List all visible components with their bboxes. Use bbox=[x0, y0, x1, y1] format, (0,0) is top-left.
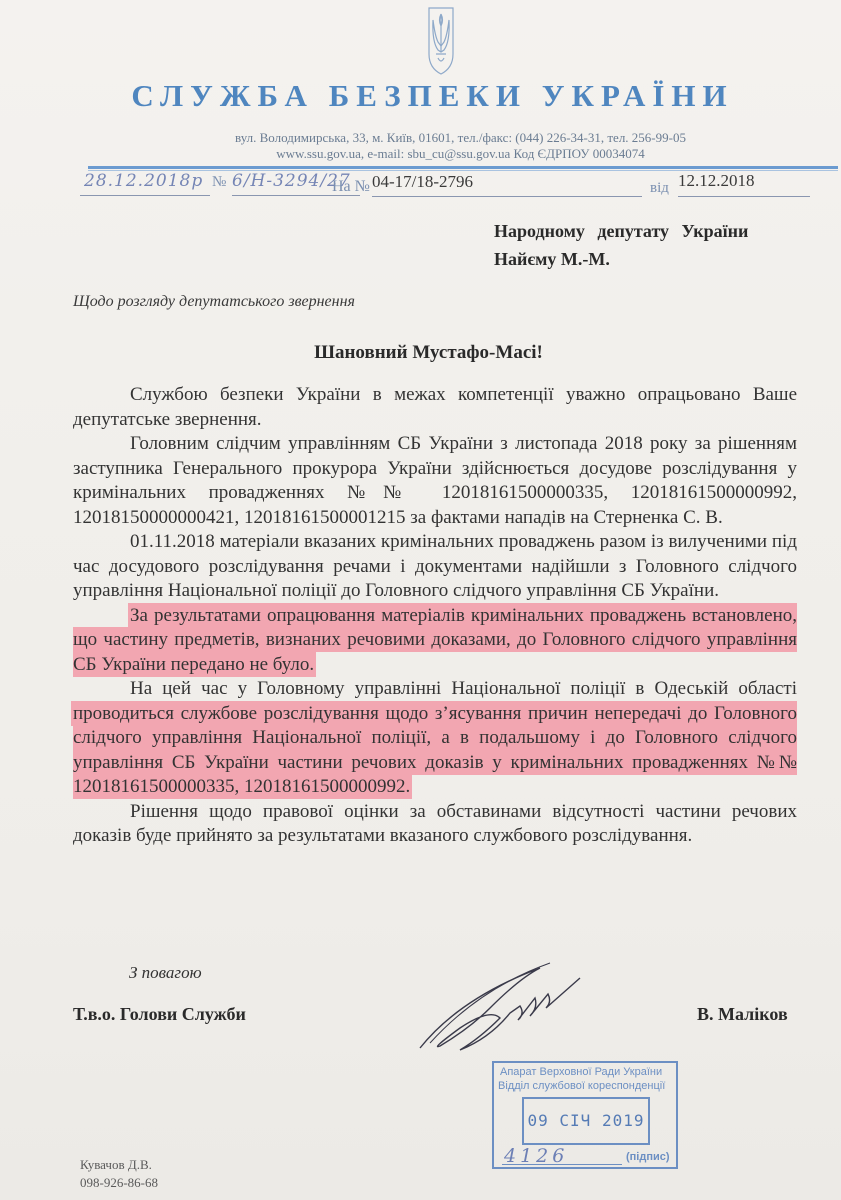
outgoing-date-underline bbox=[80, 195, 210, 196]
letterhead-divider bbox=[88, 166, 838, 169]
organization-title: СЛУЖБА БЕЗПЕКИ УКРАЇНИ bbox=[12, 78, 841, 114]
handwritten-signature-icon bbox=[400, 958, 600, 1058]
executor-name: Кувачов Д.В. bbox=[80, 1157, 152, 1173]
outgoing-date: 28.12.2018р bbox=[84, 171, 203, 191]
highlighted-text: За результатами опрацювання матеріалів к… bbox=[73, 605, 797, 675]
executor-phone: 098-926-86-68 bbox=[80, 1175, 158, 1191]
incoming-number-underline bbox=[372, 196, 642, 197]
subject-line: Щодо розгляду депутатського звернення bbox=[73, 293, 355, 311]
paragraph-2: Головним слідчим управлінням СБ України … bbox=[73, 432, 797, 530]
letter-body: Службою безпеки України в межах компетен… bbox=[73, 383, 797, 849]
stamp-organization: Апарат Верховної Ради України bbox=[500, 1066, 662, 1078]
signer-title: Т.в.о. Голови Служби bbox=[73, 1004, 246, 1025]
paragraph-4: За результатами опрацювання матеріалів к… bbox=[73, 604, 797, 678]
trident-coat-of-arms-icon bbox=[428, 6, 454, 76]
addressee: Народному депутату України Найєму М.-М. bbox=[494, 217, 748, 273]
organization-contacts: www.ssu.gov.ua, e-mail: sbu_cu@ssu.gov.u… bbox=[40, 146, 841, 162]
number-label: № bbox=[212, 174, 226, 191]
stamp-date: 09 СІЧ 2019 bbox=[524, 1111, 648, 1130]
paragraph-5: На цей час у Головному управлінні Націон… bbox=[73, 677, 797, 800]
stamp-department: Відділ службової кореспонденції bbox=[498, 1080, 665, 1092]
paragraph-1: Службою безпеки України в межах компетен… bbox=[73, 383, 797, 432]
stamp-underline bbox=[502, 1164, 622, 1165]
highlighted-text: проводиться службове розслідування щодо … bbox=[73, 703, 797, 798]
paragraph-5-lead: На цей час у Головному управлінні Націон… bbox=[130, 678, 797, 699]
paragraph-3: 01.11.2018 матеріали вказаних кримінальн… bbox=[73, 530, 797, 604]
incoming-date-label: від bbox=[650, 180, 669, 197]
stamp-date-box: 09 СІЧ 2019 bbox=[522, 1097, 650, 1145]
addressee-title: Народному депутату України bbox=[494, 217, 748, 245]
incoming-date: 12.12.2018 bbox=[678, 171, 755, 191]
closing: З повагою bbox=[129, 963, 202, 983]
incoming-number-label: На № bbox=[332, 178, 370, 196]
organization-address: вул. Володимирська, 33, м. Київ, 01601, … bbox=[40, 130, 841, 146]
registration-stamp: Апарат Верховної Ради України Відділ слу… bbox=[492, 1061, 678, 1169]
letter-page: СЛУЖБА БЕЗПЕКИ УКРАЇНИ вул. Володимирськ… bbox=[0, 0, 841, 1200]
signer-name: В. Маліков bbox=[697, 1004, 788, 1025]
paragraph-6: Рішення щодо правової оцінки за обставин… bbox=[73, 800, 797, 849]
addressee-name: Найєму М.-М. bbox=[494, 245, 748, 273]
incoming-date-underline bbox=[678, 196, 810, 197]
salutation: Шановний Мустафо-Масі! bbox=[8, 342, 841, 364]
incoming-number: 04-17/18-2796 bbox=[372, 172, 473, 192]
stamp-signature-label: (підпис) bbox=[626, 1151, 670, 1163]
